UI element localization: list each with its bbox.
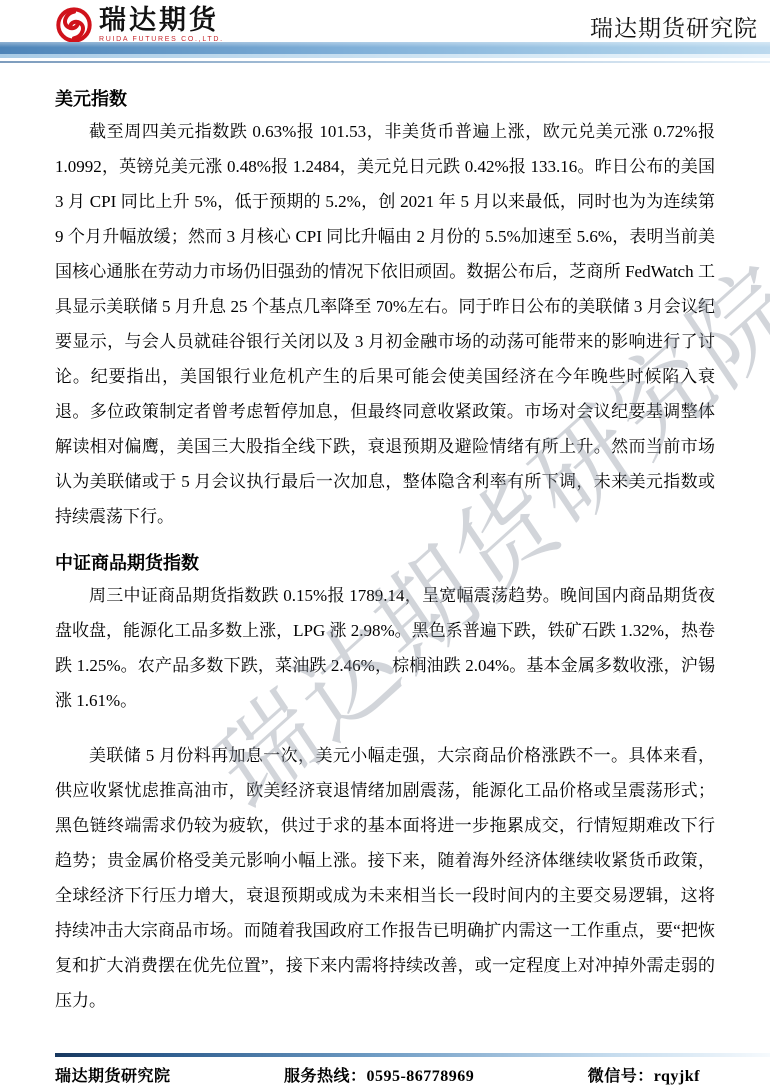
header-divider-stripe bbox=[0, 54, 770, 58]
header-divider-bar bbox=[0, 42, 770, 54]
footer-divider-line bbox=[55, 1053, 770, 1057]
section-usd-index: 美元指数 截至周四美元指数跌 0.63%报 101.53，非美货币普遍上涨，欧元… bbox=[55, 84, 715, 534]
company-logo: 瑞达期货 RUIDA FUTURES CO.,LTD. bbox=[55, 6, 224, 44]
footer-hotline-number: 0595-86778969 bbox=[366, 1068, 474, 1085]
footer-institute: 瑞达期货研究院 bbox=[55, 1063, 171, 1086]
paragraph-usd-index: 截至周四美元指数跌 0.63%报 101.53，非美货币普遍上涨，欧元兑美元涨 … bbox=[55, 114, 715, 534]
report-page: 瑞达期货 RUIDA FUTURES CO.,LTD. 瑞达期货研究院 美元指数… bbox=[0, 0, 770, 1090]
paragraph-ccfi-outlook: 美联储 5 月份料再加息一次，美元小幅走强，大宗商品价格涨跌不一。具体来看，供应… bbox=[55, 738, 715, 1018]
section-heading-usd-index: 美元指数 bbox=[55, 84, 715, 114]
ruida-swirl-logo-icon bbox=[55, 6, 93, 44]
logo-brand-name: 瑞达期货 bbox=[99, 7, 224, 34]
section-ccfi-index: 中证商品期货指数 周三中证商品期货指数跌 0.15%报 1789.14，呈宽幅震… bbox=[55, 548, 715, 1018]
report-body: 美元指数 截至周四美元指数跌 0.63%报 101.53，非美货币普遍上涨，欧元… bbox=[55, 84, 715, 1018]
report-footer: 瑞达期货研究院 服务热线：0595-86778969 微信号：rqyjkf bbox=[55, 1063, 700, 1086]
footer-wechat-id: rqyjkf bbox=[654, 1068, 700, 1085]
page-title: 瑞达期货研究院 bbox=[590, 10, 758, 44]
section-heading-ccfi-index: 中证商品期货指数 bbox=[55, 548, 715, 578]
header-divider-thin-line bbox=[0, 61, 770, 63]
footer-hotline: 服务热线：0595-86778969 bbox=[284, 1063, 474, 1086]
footer-wechat: 微信号：rqyjkf bbox=[588, 1063, 700, 1086]
footer-hotline-label: 服务热线： bbox=[284, 1068, 367, 1085]
footer-wechat-label: 微信号： bbox=[588, 1068, 654, 1085]
paragraph-ccfi-overview: 周三中证商品期货指数跌 0.15%报 1789.14，呈宽幅震荡趋势。晚间国内商… bbox=[55, 578, 715, 718]
logo-text: 瑞达期货 RUIDA FUTURES CO.,LTD. bbox=[99, 7, 224, 43]
report-header: 瑞达期货 RUIDA FUTURES CO.,LTD. 瑞达期货研究院 bbox=[55, 6, 758, 44]
